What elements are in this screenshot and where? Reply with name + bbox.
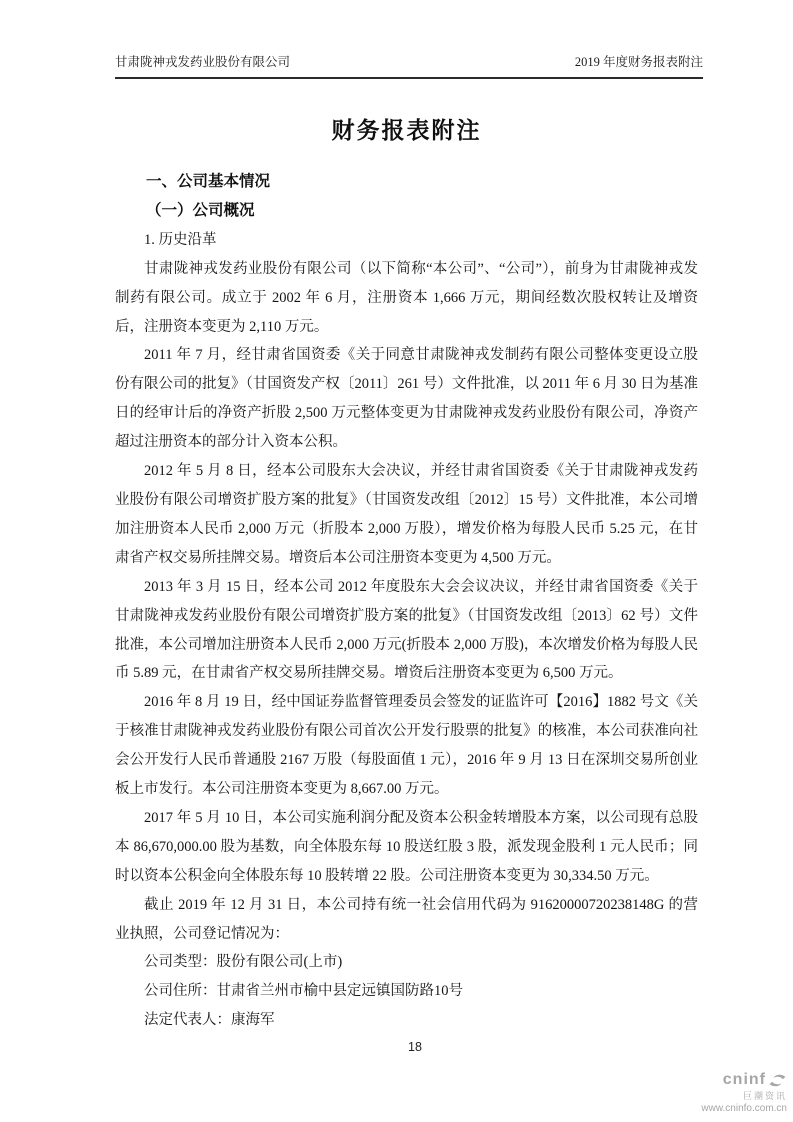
item-heading-history: 1. 历史沿革: [115, 226, 698, 255]
paragraph-2013-capital-increase: 2013 年 3 月 15 日，经本公司 2012 年度股东大会会议决议，并经甘…: [115, 573, 698, 689]
document-content: 财务报表附注 一、公司基本情况 （一）公司概况 1. 历史沿革 甘肃陇神戎发药业…: [115, 112, 698, 1035]
section-heading-company-basic-info: 一、公司基本情况: [115, 168, 698, 197]
cninfo-brand-row: cninf: [701, 1071, 787, 1090]
cninfo-swirl-icon: [768, 1071, 787, 1090]
page-header: 甘肃陇神戎发药业股份有限公司 2019 年度财务报表附注: [115, 52, 703, 79]
paragraph-2019-business-license: 截止 2019 年 12 月 31 日，本公司持有统一社会信用代码为 91620…: [115, 891, 698, 949]
header-company-name: 甘肃陇神戎发药业股份有限公司: [115, 52, 290, 70]
subsection-heading-company-overview: （一）公司概况: [115, 197, 698, 226]
registration-company-type: 公司类型：股份有限公司(上市): [115, 948, 698, 977]
document-page: 甘肃陇神戎发药业股份有限公司 2019 年度财务报表附注 财务报表附注 一、公司…: [0, 0, 793, 1122]
paragraph-2016-ipo: 2016 年 8 月 19 日，经中国证券监督管理委员会签发的证监许可【2016…: [115, 688, 698, 804]
paragraph-company-origin: 甘肃陇神戎发药业股份有限公司（以下简称“本公司”、“公司”），前身为甘肃陇神戎发…: [115, 255, 698, 342]
paragraph-2017-profit-distribution: 2017 年 5 月 10 日，本公司实施利润分配及资本公积金转增股本方案，以公…: [115, 804, 698, 891]
cninfo-brand-text: cninf: [723, 1071, 766, 1089]
cninfo-name: 巨潮资讯: [701, 1091, 787, 1101]
cninfo-logo: cninf 巨潮资讯 www.cninfo.com.cn: [701, 1071, 787, 1114]
paragraph-2011-restructuring: 2011 年 7 月，经甘肃省国资委《关于同意甘肃陇神戎发制药有限公司整体变更设…: [115, 341, 698, 457]
registration-legal-representative: 法定代表人：康海军: [115, 1006, 698, 1035]
document-title: 财务报表附注: [115, 112, 698, 145]
header-report-title: 2019 年度财务报表附注: [575, 52, 703, 70]
registration-company-address: 公司住所：甘肃省兰州市榆中县定远镇国防路10号: [115, 977, 698, 1006]
page-number: 18: [408, 1040, 422, 1054]
paragraph-2012-capital-increase: 2012 年 5 月 8 日，经本公司股东大会决议，并经甘肃省国资委《关于甘肃陇…: [115, 457, 698, 573]
cninfo-url: www.cninfo.com.cn: [701, 1103, 787, 1115]
